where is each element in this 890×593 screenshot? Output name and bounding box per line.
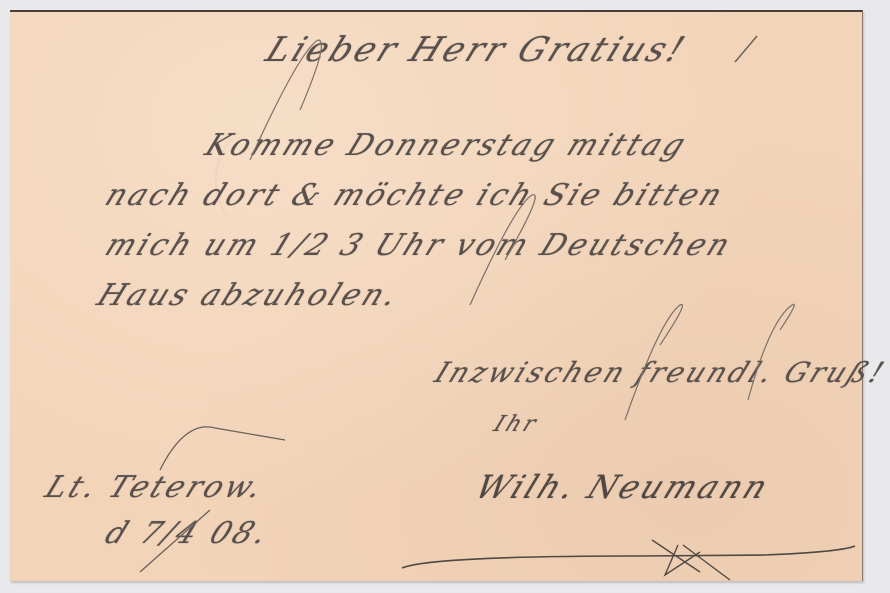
body-line-1: Komme Donnerstag mittag [200, 128, 693, 163]
body-line-4: Haus abzuholen. [92, 278, 405, 313]
salutation: Lieber Herr Gratius! [260, 30, 693, 70]
body-line-3: mich um 1/2 3 Uhr vom Deutschen [100, 228, 738, 263]
signature: Wilh. Neumann [470, 468, 776, 506]
closing-greeting: Inzwischen freundl. Gruß! [430, 356, 890, 389]
body-line-2: nach dort & möchte ich Sie bitten [100, 178, 730, 213]
date-line: d 7/4 08. [100, 516, 275, 551]
place-line: Lt. Teterow. [40, 470, 271, 505]
